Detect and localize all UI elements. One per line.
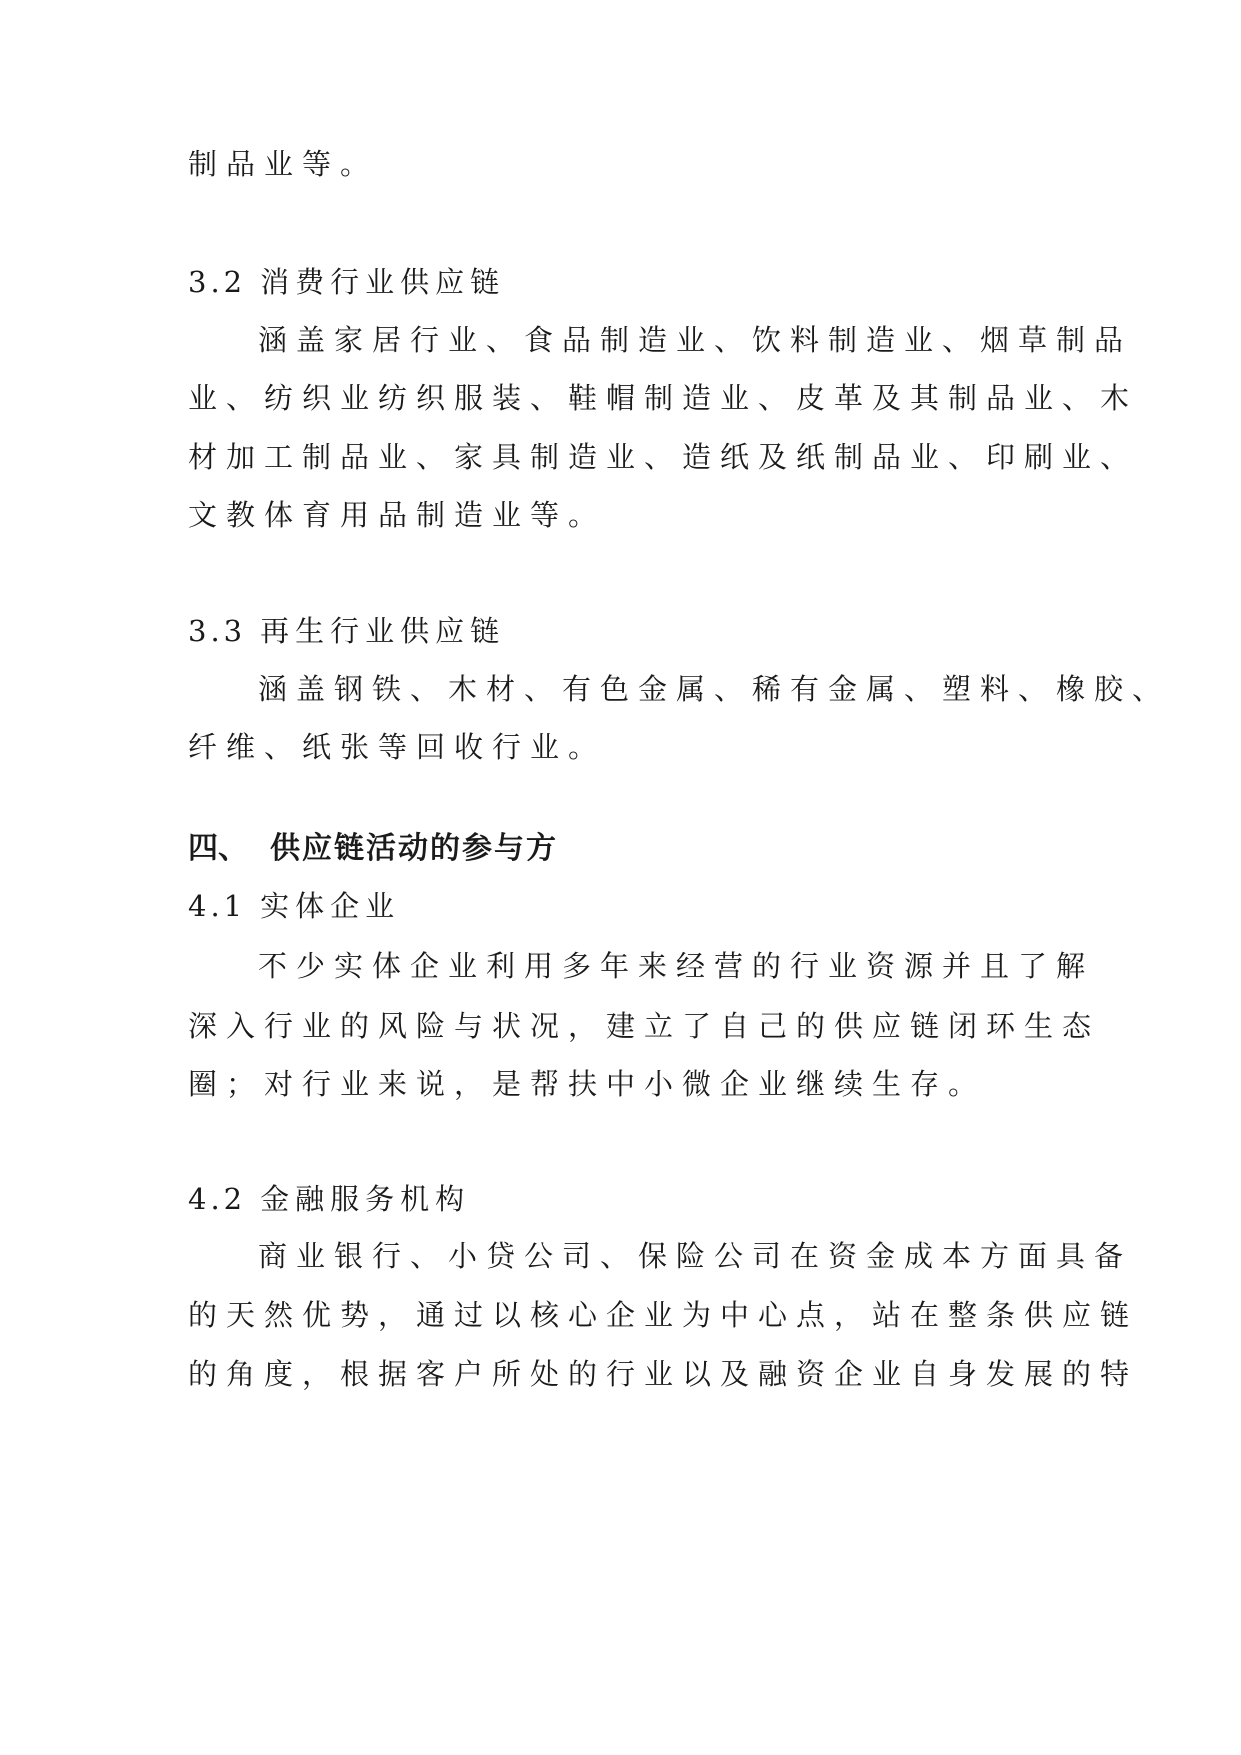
section-heading-3-2: 3.2消费行业供应链	[188, 262, 505, 302]
subsection-title: 实体企业	[260, 889, 400, 923]
document-page: 制品业等。 3.2消费行业供应链 涵盖家居行业、食品制造业、饮料制造业、烟草制品…	[0, 0, 1241, 1755]
continuation-text: 制品业等。	[188, 144, 378, 184]
chapter-title: 供应链活动的参与方	[270, 831, 558, 866]
paragraph-line: 涵盖家居行业、食品制造业、饮料制造业、烟草制品	[258, 320, 1132, 360]
paragraph-line: 材加工制品业、家具制造业、造纸及纸制品业、印刷业、	[188, 437, 1138, 477]
paragraph-line: 纤维、纸张等回收行业。	[188, 727, 606, 767]
section-title: 消费行业供应链	[260, 265, 505, 299]
paragraph-line: 深入行业的风险与状况，建立了自己的供应链闭环生态	[188, 1006, 1100, 1046]
paragraph-line: 文教体育用品制造业等。	[188, 495, 606, 535]
subsection-heading-4-1: 4.1实体企业	[188, 886, 400, 926]
paragraph-line: 不少实体企业利用多年来经营的行业资源并且了解	[258, 946, 1094, 986]
subsection-title: 金融服务机构	[260, 1182, 470, 1216]
subsection-number: 4.2	[188, 1182, 246, 1216]
paragraph-line: 涵盖钢铁、木材、有色金属、稀有金属、塑料、橡胶、	[258, 669, 1170, 709]
chapter-heading: 四、供应链活动的参与方	[188, 829, 558, 869]
subsection-heading-4-2: 4.2金融服务机构	[188, 1179, 470, 1219]
section-title: 再生行业供应链	[260, 614, 505, 648]
subsection-number: 4.1	[188, 889, 246, 923]
chapter-number: 四、	[188, 831, 248, 866]
paragraph-line: 商业银行、小贷公司、保险公司在资金成本方面具备	[258, 1236, 1132, 1276]
section-heading-3-3: 3.3再生行业供应链	[188, 611, 505, 651]
paragraph-line: 业、纺织业纺织服装、鞋帽制造业、皮革及其制品业、木	[188, 378, 1138, 418]
paragraph-line: 圈；对行业来说，是帮扶中小微企业继续生存。	[188, 1064, 986, 1104]
section-number: 3.3	[188, 614, 246, 648]
paragraph-line: 的天然优势，通过以核心企业为中心点，站在整条供应链	[188, 1295, 1138, 1335]
section-number: 3.2	[188, 265, 246, 299]
paragraph-line: 的角度，根据客户所处的行业以及融资企业自身发展的特	[188, 1354, 1138, 1394]
